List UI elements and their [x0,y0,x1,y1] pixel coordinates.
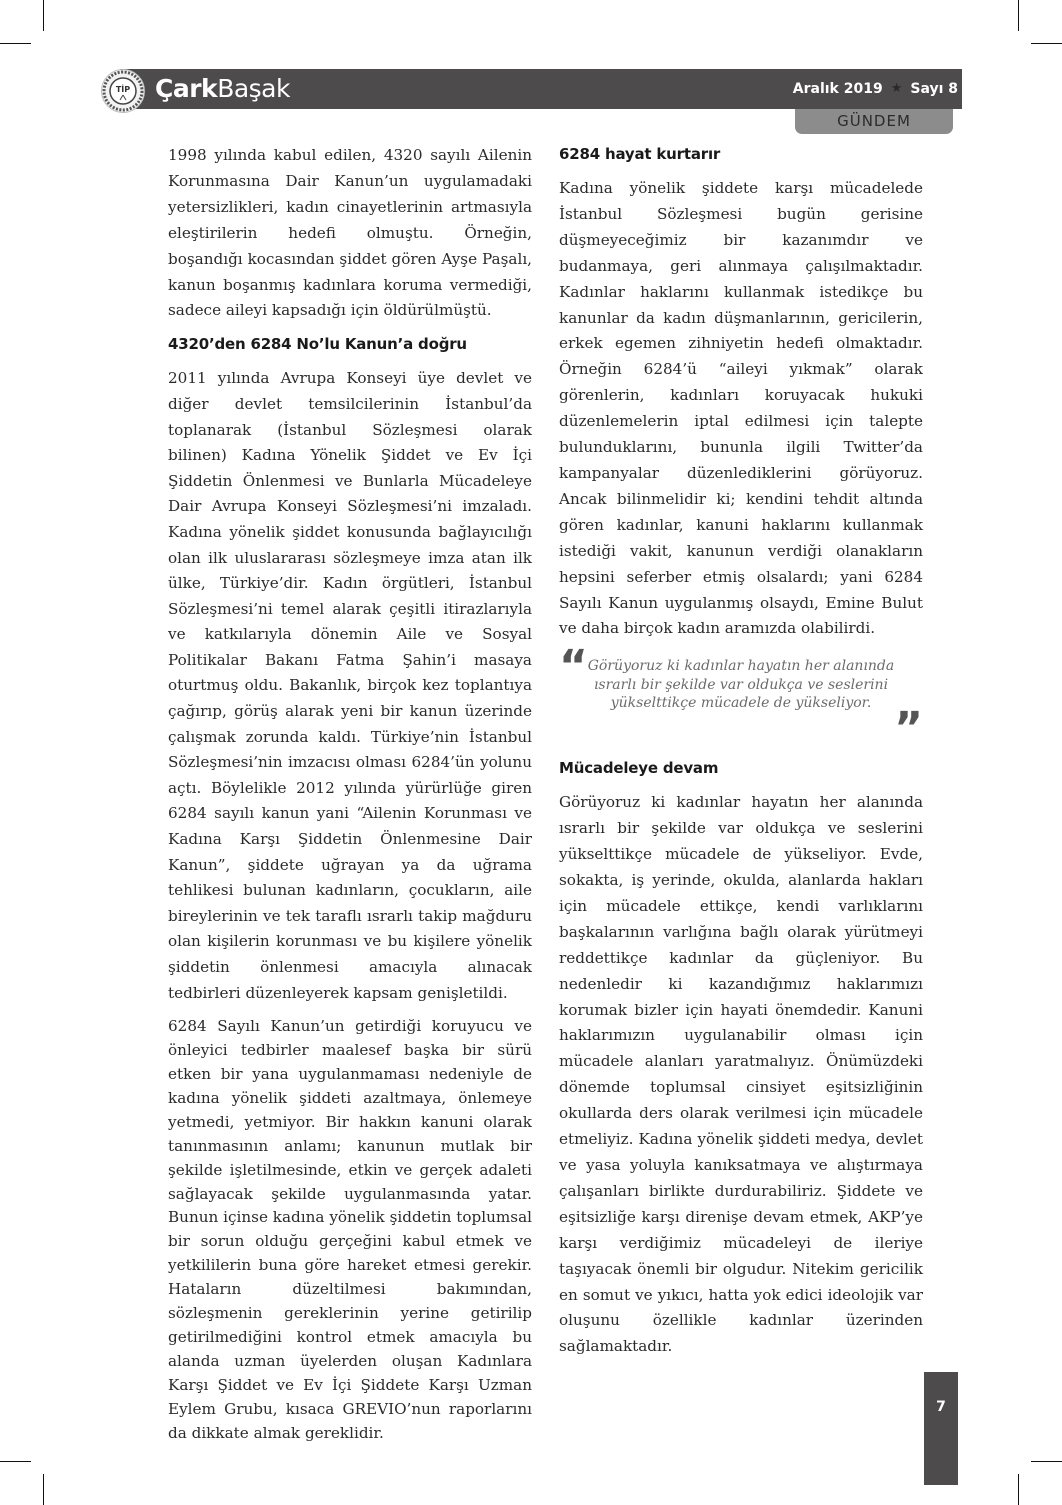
crop-mark-tl-v [43,0,44,31]
crop-mark-tr-h [1031,43,1062,44]
crop-mark-br-v [1018,1474,1019,1505]
brand-bold: Çark [155,74,217,103]
right-column: 6284 hayat kurtarır Kadına yönelik şidde… [559,143,923,1369]
body-paragraph: Görüyoruz ki kadınlar hayatın her alanın… [559,790,923,1360]
tip-logo: TİP [101,69,145,113]
intro-paragraph: 1998 yılında kabul edilen, 4320 sayılı A… [168,143,532,324]
svg-text:TİP: TİP [116,84,130,94]
section-heading: 6284 hayat kurtarır [559,143,923,165]
body-paragraph: 6284 Sayılı Kanun’un getirdiği koruyucu … [168,1015,532,1445]
pull-quote-text: Görüyoruz ki kadınlar hayatın her alanın… [575,657,907,713]
close-quote-icon: ” [894,707,923,751]
issue-info: Aralık 2019 ★ Sayı 8 [793,71,958,107]
pull-quote: “ Görüyoruz ki kadınlar hayatın her alan… [559,651,923,757]
issue-date: Aralık 2019 [793,71,883,107]
crop-mark-tl-h [0,43,31,44]
crop-mark-tr-v [1018,0,1019,31]
body-paragraph: Kadına yönelik şiddete karşı mücadelede … [559,176,923,642]
star-icon: ★ [891,71,903,107]
crop-mark-br-h [1031,1461,1062,1462]
left-column: 1998 yılında kabul edilen, 4320 sayılı A… [168,143,532,1455]
page-number: 7 [924,1372,958,1485]
crop-mark-bl-h [0,1461,31,1462]
section-heading: 4320’den 6284 No’lu Kanun’a doğru [168,333,532,355]
section-heading: Mücadeleye devam [559,757,923,779]
body-paragraph: 2011 yılında Avrupa Konseyi üye devlet v… [168,366,532,1006]
publication-title: ÇarkBaşak [155,71,290,107]
crop-mark-bl-v [43,1474,44,1505]
issue-number: Sayı 8 [910,71,958,107]
brand-regular: Başak [217,74,290,103]
section-tab: GÜNDEM [795,109,953,134]
wreath-emblem-icon: TİP [102,70,144,112]
